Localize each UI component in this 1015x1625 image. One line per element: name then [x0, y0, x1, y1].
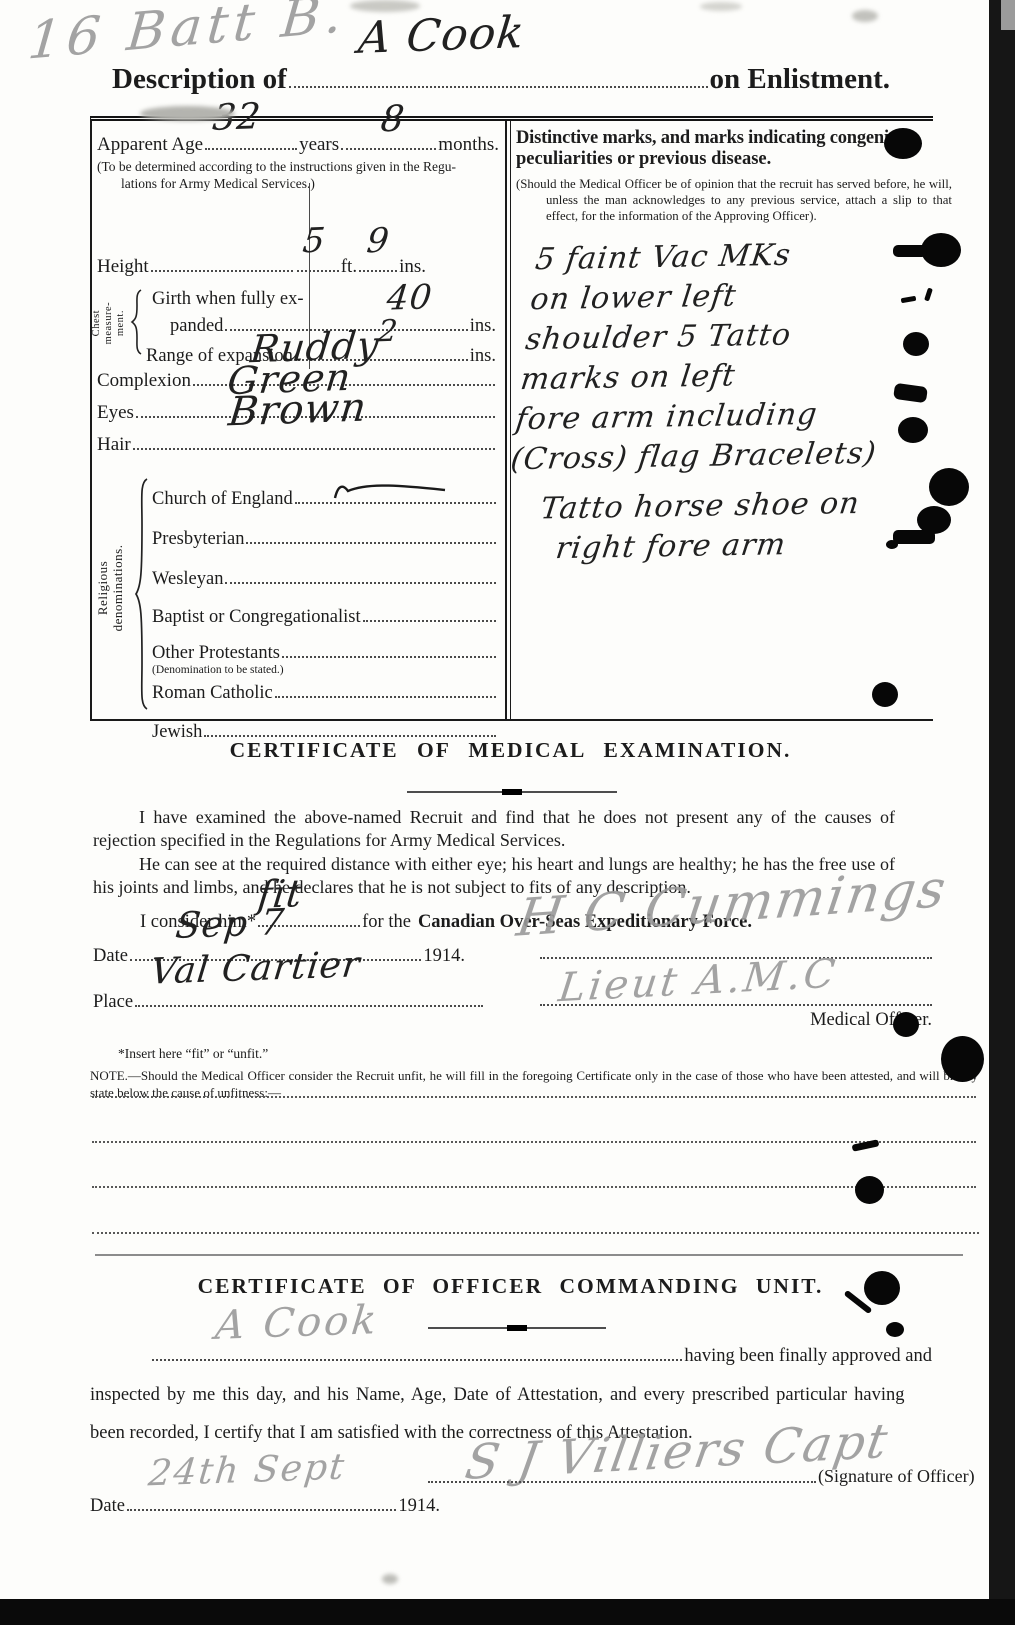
hw-line: shoulder 5 Tatto — [523, 314, 894, 360]
approved-name-line: A Cook — [152, 1340, 682, 1361]
girth-value: 40 — [384, 277, 434, 319]
height-label: Height — [97, 256, 149, 278]
title-name-line: A Cook — [289, 56, 708, 88]
scan-edge-band-bottom — [0, 1599, 1015, 1625]
title-prefix: Description of — [112, 63, 287, 96]
ink-blot — [941, 1036, 984, 1082]
height-row: Height 5 ft. 9 ins. — [97, 251, 495, 278]
medical-officer-rank: Lieut A.M.C — [556, 951, 840, 1011]
height-ins-line: 9 — [359, 251, 397, 272]
ink-blot — [864, 1271, 900, 1305]
religion-row-roman-catholic: Roman Catholic — [152, 677, 498, 704]
age-months-value: 8 — [379, 99, 407, 141]
ins-label: ins. — [399, 256, 426, 278]
date-label: Date — [93, 946, 128, 967]
approved-name-row: A Cook having been finally approved and — [150, 1340, 932, 1367]
complexion-label: Complexion — [97, 370, 191, 392]
religion-line — [282, 637, 496, 658]
place-label: Place — [93, 992, 133, 1013]
chest-side-1: Chest — [91, 292, 103, 354]
religion-line — [225, 563, 496, 584]
height-ins-value: 9 — [365, 221, 392, 262]
hair-line: Brown — [133, 429, 495, 450]
ft-label: ft. — [341, 256, 357, 278]
officer-signature-line — [428, 1481, 816, 1483]
range-unit: ins. — [470, 346, 496, 367]
fit-footnote: *Insert here “fit” or “unfit.” — [118, 1046, 268, 1062]
section-separator — [407, 791, 617, 793]
commanding-date-line: 24th Sept — [127, 1490, 396, 1511]
officer-signature-label: (Signature of Officer) — [818, 1466, 975, 1487]
apparent-age-note: (To be determined according to the instr… — [97, 159, 497, 193]
religion-side-2: denominations. — [111, 521, 126, 655]
hw-line: (Cross) flag Bracelets) — [508, 434, 879, 480]
religion-line — [295, 483, 496, 504]
column-divider — [505, 121, 511, 719]
religion-group: Religious denominations. Church of Engla… — [94, 473, 498, 715]
girth-unit: ins. — [470, 316, 496, 337]
blank-line — [92, 1186, 976, 1188]
apparent-age-row: Apparent Age 32 years 8 months. — [97, 129, 499, 156]
commanding-certificate-title: CERTIFICATE OF OFFICER COMMANDING UNIT. — [90, 1274, 931, 1299]
age-note-line2: lations for Army Medical Services.) — [97, 176, 497, 193]
chest-side-2: measure- — [103, 292, 115, 354]
place-line: Val Cartier — [135, 986, 483, 1007]
recruit-name-handwritten: A Cook — [356, 7, 527, 64]
medical-certificate-title: CERTIFICATE OF MEDICAL EXAMINATION. — [90, 738, 931, 763]
ink-blot — [855, 1176, 884, 1204]
hw-line: 5 faint Vac MKs — [533, 234, 904, 280]
ink-blot — [872, 682, 898, 707]
ink-blot — [893, 1012, 919, 1037]
distinctive-marks-heading-1: Distinctive marks, and marks indicating … — [516, 128, 926, 149]
enlistment-form-scan: 16 Batt B. Description of A Cook on Enli… — [0, 0, 1015, 1625]
date-label: Date — [90, 1496, 125, 1517]
blank-line — [92, 1141, 976, 1143]
ink-blot — [903, 332, 929, 356]
scan-edge-band-right — [989, 0, 1015, 1625]
approved-text: having been finally approved and — [684, 1346, 932, 1367]
religion-brace — [134, 477, 150, 711]
section-separator — [428, 1327, 606, 1329]
religion-line — [363, 602, 496, 623]
religion-side-label: Religious denominations. — [96, 521, 126, 655]
chest-side-label: Chest measure- ment. — [91, 292, 127, 354]
religion-line — [275, 677, 496, 698]
other-protestants-note: (Denomination to be stated.) — [152, 664, 498, 676]
age-note-line1: (To be determined according to the instr… — [97, 159, 497, 176]
form-title: Description of A Cook on Enlistment. — [112, 56, 890, 96]
check-mark — [331, 481, 449, 501]
religion-row-wesleyan: Wesleyan — [152, 563, 498, 590]
eyes-label: Eyes — [97, 402, 134, 424]
distinctive-marks-note: (Should the Medical Officer be of opinio… — [516, 177, 952, 225]
scan-edge-notch — [1001, 0, 1015, 30]
religion-label: Church of England — [152, 489, 293, 510]
commanding-date-row: Date 24th Sept 1914. — [90, 1490, 440, 1517]
smudge — [852, 10, 878, 22]
religion-label: Presbyterian — [152, 529, 244, 550]
months-label: months. — [438, 134, 499, 156]
ink-blot — [921, 233, 961, 267]
years-label: years — [299, 134, 339, 156]
date-value: Sep 7 — [174, 902, 287, 947]
title-suffix: on Enlistment. — [710, 63, 890, 96]
religion-label: Other Protestants — [152, 643, 280, 664]
description-box: Apparent Age 32 years 8 months. (To be d… — [90, 116, 933, 721]
ink-blot — [886, 540, 898, 549]
apparent-age-label: Apparent Age — [97, 134, 203, 156]
religion-row-presbyterian: Presbyterian — [152, 523, 498, 550]
medical-paragraph-1: I have examined the above-named Recruit … — [93, 806, 895, 852]
hw-line: Tatto horse shoe on — [538, 484, 872, 530]
religion-line — [204, 716, 496, 737]
ink-blot — [893, 245, 927, 257]
approved-name-value: A Cook — [213, 1297, 381, 1349]
signature-line-2 — [540, 1004, 932, 1006]
ink-blot — [929, 468, 969, 506]
consider-middle: for the — [362, 912, 411, 933]
ink-blot — [898, 417, 928, 443]
smudge — [350, 0, 420, 12]
girth-label-2: panded — [146, 316, 223, 337]
ink-blot — [893, 530, 935, 544]
hair-row: Hair Brown — [97, 429, 497, 456]
date-year: 1914. — [398, 1496, 440, 1517]
religion-row-other-protestants: Other Protestants — [152, 637, 498, 664]
religion-row-baptist: Baptist or Congregationalist — [152, 602, 498, 629]
smudge — [140, 106, 235, 121]
medical-place-row: Place Val Cartier — [93, 986, 485, 1013]
distinctive-marks-heading-2: peculiarities or previous disease. — [516, 149, 926, 170]
hair-value: Brown — [226, 385, 369, 436]
hw-line: on lower left — [528, 274, 899, 320]
commanding-date-value: 24th Sept — [146, 1447, 348, 1495]
hw-line: right fore arm — [553, 524, 867, 569]
distinctive-marks-section: Distinctive marks, and marks indicating … — [516, 128, 926, 567]
smudge — [700, 2, 742, 11]
religion-row-church-of-england: Church of England — [152, 483, 498, 510]
place-value: Val Cartier — [148, 944, 362, 992]
blank-line — [92, 1232, 979, 1234]
age-years-line: 32 — [205, 129, 297, 150]
hair-label: Hair — [97, 434, 131, 456]
height-ft-value: 5 — [301, 221, 328, 262]
ink-blot — [884, 128, 922, 159]
hw-line: marks on left — [518, 354, 889, 400]
hw-line: fore arm including — [513, 394, 884, 440]
religion-label: Roman Catholic — [152, 683, 273, 704]
commanding-body-1: inspected by me this day, and his Name, … — [90, 1385, 935, 1406]
chest-side-3: ment. — [115, 292, 127, 354]
blank-line — [92, 1096, 976, 1098]
smudge — [382, 1574, 398, 1584]
height-ft-line: 5 — [297, 251, 339, 272]
religion-label: Baptist or Congregationalist — [152, 607, 361, 628]
medical-officer-label: Medical Officer. — [540, 1010, 932, 1031]
section-rule — [95, 1254, 963, 1256]
height-leader — [151, 251, 293, 272]
religion-side-1: Religious — [96, 521, 111, 655]
age-months-line: 8 — [341, 129, 436, 150]
religion-line — [246, 523, 496, 544]
religion-label: Wesleyan — [152, 569, 223, 590]
ink-blot — [886, 1322, 904, 1337]
girth-label-1: Girth when fully ex- — [146, 289, 496, 310]
distinctive-marks-handwriting: 5 faint Vac MKs on lower left shoulder 5… — [497, 234, 903, 570]
date-year: 1914. — [423, 946, 465, 967]
chest-brace — [130, 289, 143, 355]
